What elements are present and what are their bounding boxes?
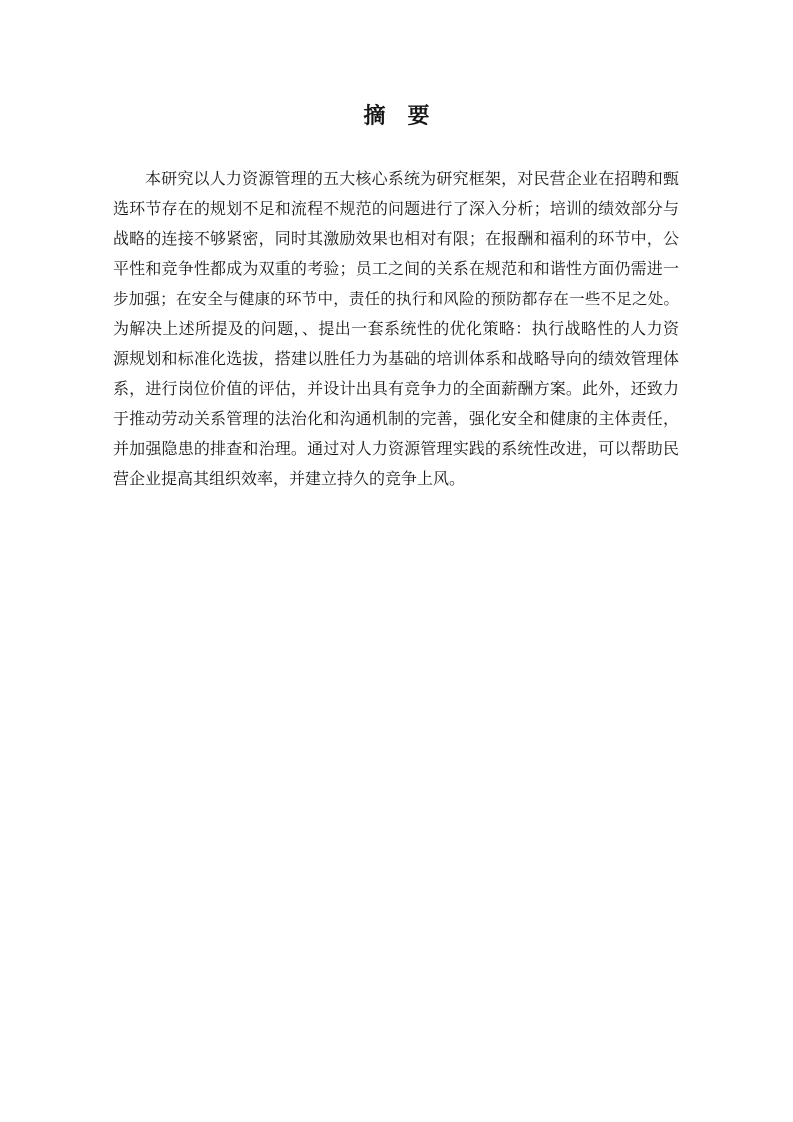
paragraph-line: 步加强；在安全与健康的环节中，责任的执行和风险的预防都存在一些不足之处。 [113, 285, 679, 315]
abstract-paragraph: 本研究以人力资源管理的五大核心系统为研究框架，对民营企业在招聘和甄 选环节存在的… [113, 165, 679, 495]
paragraph-line: 本研究以人力资源管理的五大核心系统为研究框架，对民营企业在招聘和甄 [113, 165, 679, 195]
paragraph-line: 营企业提高其组织效率，并建立持久的竞争上风。 [113, 465, 679, 495]
paragraph-line: 为解决上述所提及的问题，、提出一套系统性的优化策略：执行战略性的人力资 [113, 315, 679, 345]
abstract-title: 摘 要 [0, 102, 793, 130]
document-page: 摘 要 本研究以人力资源管理的五大核心系统为研究框架，对民营企业在招聘和甄 选环… [0, 0, 793, 1122]
paragraph-line: 系，进行岗位价值的评估，并设计出具有竞争力的全面薪酬方案。此外，还致力 [113, 375, 679, 405]
paragraph-line: 战略的连接不够紧密，同时其激励效果也相对有限；在报酬和福利的环节中，公 [113, 225, 679, 255]
paragraph-line: 源规划和标准化选拔，搭建以胜任力为基础的培训体系和战略导向的绩效管理体 [113, 345, 679, 375]
paragraph-line: 选环节存在的规划不足和流程不规范的问题进行了深入分析；培训的绩效部分与 [113, 195, 679, 225]
paragraph-line: 于推动劳动关系管理的法治化和沟通机制的完善，强化安全和健康的主体责任， [113, 405, 679, 435]
paragraph-line: 平性和竞争性都成为双重的考验；员工之间的关系在规范和和谐性方面仍需进一 [113, 255, 679, 285]
paragraph-line: 并加强隐患的排查和治理。通过对人力资源管理实践的系统性改进，可以帮助民 [113, 435, 679, 465]
